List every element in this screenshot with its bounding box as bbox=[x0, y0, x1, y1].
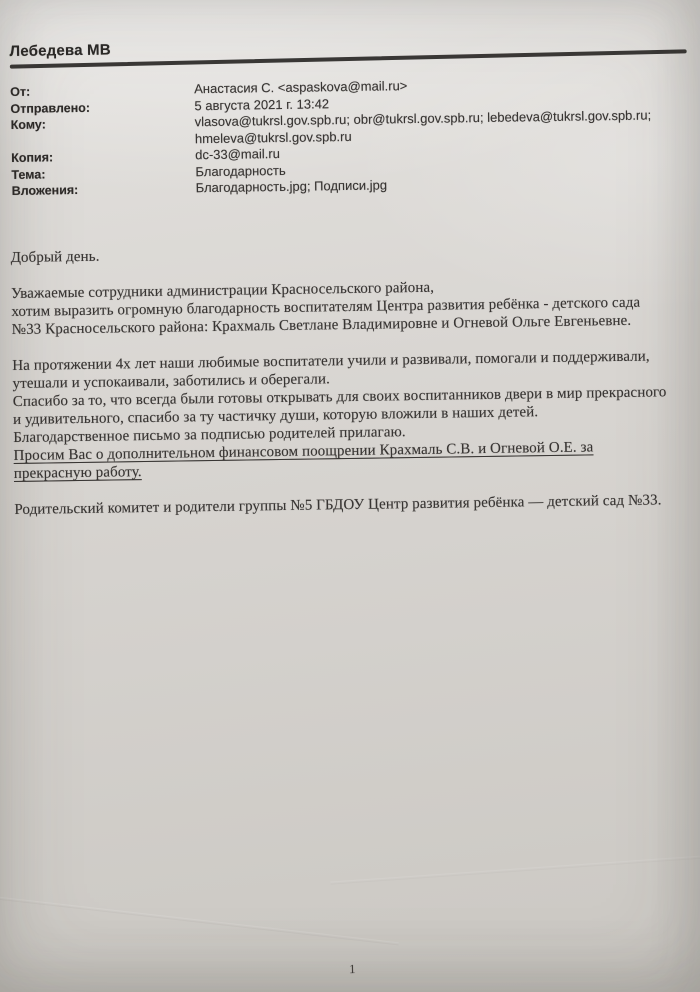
field-label: Кому: bbox=[11, 114, 195, 133]
body-paragraph: Родительский комитет и родители группы №… bbox=[14, 491, 694, 519]
body-paragraph: Добрый день. bbox=[11, 239, 691, 267]
field-label: Вложения: bbox=[12, 180, 196, 199]
header-divider-rule bbox=[10, 49, 687, 68]
document-content: Лебедева МВ От:Анастасия С. <aspaskova@m… bbox=[0, 0, 700, 992]
body-paragraph: Уважаемые сотрудники администрации Красн… bbox=[11, 275, 692, 339]
page-number: 1 bbox=[7, 957, 697, 982]
email-body: Добрый день.Уважаемые сотрудники админис… bbox=[11, 239, 695, 519]
body-line: Родительский комитет и родители группы №… bbox=[14, 491, 694, 519]
photographed-email-page: Лебедева МВ От:Анастасия С. <aspaskova@m… bbox=[0, 0, 700, 992]
body-paragraph: На протяжении 4х лет наши любимые воспит… bbox=[12, 347, 693, 447]
email-header-fields: От:Анастасия С. <aspaskova@mail.ru>Отпра… bbox=[10, 74, 690, 200]
body-line: Добрый день. bbox=[11, 239, 691, 267]
recipient-mailbox-name: Лебедева МВ bbox=[9, 42, 110, 60]
